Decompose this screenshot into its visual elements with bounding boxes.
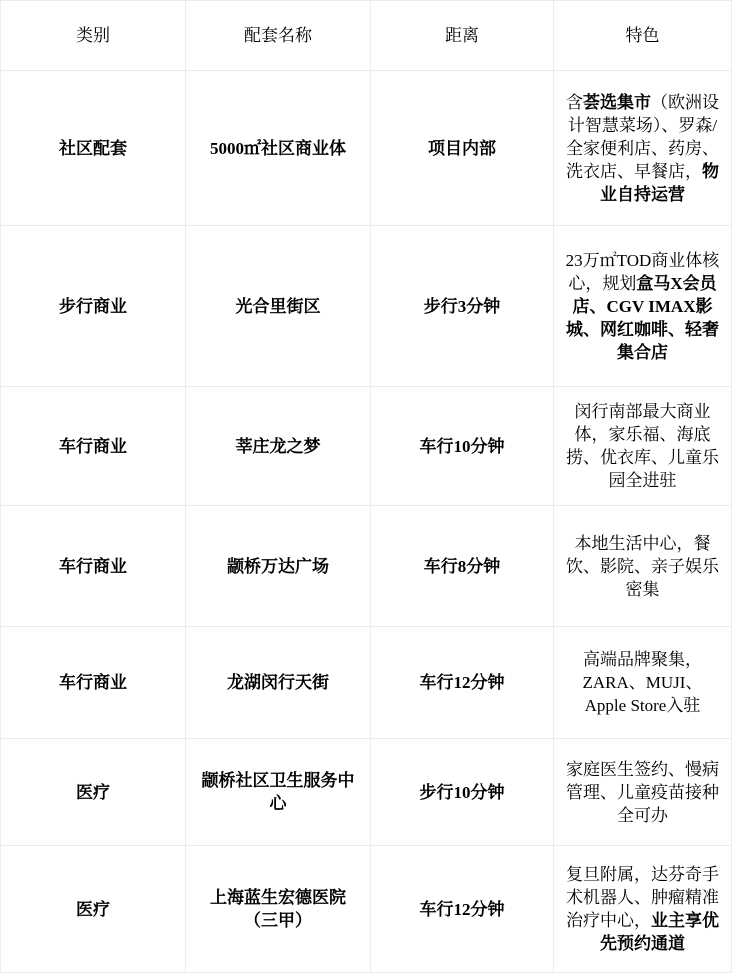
cell-name: 颛桥万达广场 bbox=[186, 506, 371, 627]
cell-category: 步行商业 bbox=[1, 226, 186, 387]
cell-name: 颛桥社区卫生服务中心 bbox=[186, 739, 371, 846]
table-row: 车行商业 颛桥万达广场 车行8分钟 本地生活中心，餐饮、影院、亲子娱乐密集 bbox=[1, 506, 732, 627]
cell-category: 社区配套 bbox=[1, 71, 186, 226]
cell-category: 车行商业 bbox=[1, 506, 186, 627]
cell-category: 车行商业 bbox=[1, 387, 186, 506]
cell-features: 本地生活中心，餐饮、影院、亲子娱乐密集 bbox=[554, 506, 732, 627]
cell-name: 5000㎡社区商业体 bbox=[186, 71, 371, 226]
cell-name: 上海蓝生宏德医院（三甲） bbox=[186, 846, 371, 973]
cell-distance: 步行3分钟 bbox=[371, 226, 554, 387]
cell-name: 莘庄龙之梦 bbox=[186, 387, 371, 506]
cell-distance: 车行10分钟 bbox=[371, 387, 554, 506]
cell-features: 高端品牌聚集，ZARA、MUJI、Apple Store入驻 bbox=[554, 627, 732, 739]
cell-category: 医疗 bbox=[1, 846, 186, 973]
cell-name: 龙湖闵行天街 bbox=[186, 627, 371, 739]
header-name: 配套名称 bbox=[186, 1, 371, 71]
cell-distance: 车行8分钟 bbox=[371, 506, 554, 627]
cell-features: 23万㎡TOD商业体核心，规划盒马X会员店、CGV IMAX影城、网红咖啡、轻奢… bbox=[554, 226, 732, 387]
cell-features: 含荟选集市（欧洲设计智慧菜场）、罗森/全家便利店、药房、洗衣店、早餐店，物业自持… bbox=[554, 71, 732, 226]
table-row: 社区配套 5000㎡社区商业体 项目内部 含荟选集市（欧洲设计智慧菜场）、罗森/… bbox=[1, 71, 732, 226]
cell-distance: 项目内部 bbox=[371, 71, 554, 226]
cell-category: 车行商业 bbox=[1, 627, 186, 739]
table-row: 步行商业 光合里街区 步行3分钟 23万㎡TOD商业体核心，规划盒马X会员店、C… bbox=[1, 226, 732, 387]
cell-name: 光合里街区 bbox=[186, 226, 371, 387]
cell-distance: 车行12分钟 bbox=[371, 627, 554, 739]
cell-features: 家庭医生签约、慢病管理、儿童疫苗接种全可办 bbox=[554, 739, 732, 846]
header-features: 特色 bbox=[554, 1, 732, 71]
header-row: 类别 配套名称 距离 特色 bbox=[1, 1, 732, 71]
table-row: 医疗 上海蓝生宏德医院（三甲） 车行12分钟 复旦附属，达芬奇手术机器人、肿瘤精… bbox=[1, 846, 732, 973]
header-category: 类别 bbox=[1, 1, 186, 71]
table-row: 车行商业 龙湖闵行天街 车行12分钟 高端品牌聚集，ZARA、MUJI、Appl… bbox=[1, 627, 732, 739]
cell-category: 医疗 bbox=[1, 739, 186, 846]
table-row: 车行商业 莘庄龙之梦 车行10分钟 闵行南部最大商业体，家乐福、海底捞、优衣库、… bbox=[1, 387, 732, 506]
table-body: 社区配套 5000㎡社区商业体 项目内部 含荟选集市（欧洲设计智慧菜场）、罗森/… bbox=[1, 71, 732, 973]
cell-features: 复旦附属，达芬奇手术机器人、肿瘤精准治疗中心，业主享优先预约通道 bbox=[554, 846, 732, 973]
table-header: 类别 配套名称 距离 特色 bbox=[1, 1, 732, 71]
cell-features: 闵行南部最大商业体，家乐福、海底捞、优衣库、儿童乐园全进驻 bbox=[554, 387, 732, 506]
table-row: 医疗 颛桥社区卫生服务中心 步行10分钟 家庭医生签约、慢病管理、儿童疫苗接种全… bbox=[1, 739, 732, 846]
cell-distance: 车行12分钟 bbox=[371, 846, 554, 973]
amenities-table: 类别 配套名称 距离 特色 社区配套 5000㎡社区商业体 项目内部 含荟选集市… bbox=[0, 0, 732, 973]
cell-distance: 步行10分钟 bbox=[371, 739, 554, 846]
header-distance: 距离 bbox=[371, 1, 554, 71]
